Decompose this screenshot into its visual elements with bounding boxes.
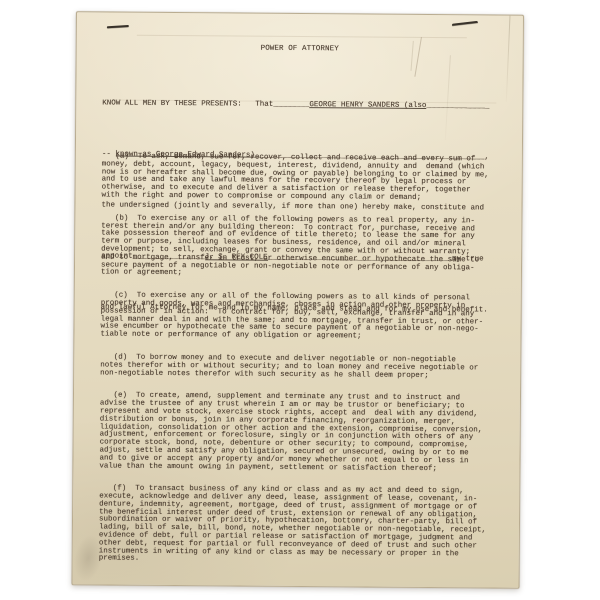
crease-mark — [506, 16, 511, 102]
intro-line-1: KNOW ALL MEN BY THESE PRESENTS: That____… — [102, 95, 497, 115]
document-title: POWER OF ATTORNEY — [77, 43, 523, 55]
staple-mark-left-icon — [107, 25, 129, 29]
paragraph-f: (f) To transact business of any kind or … — [99, 486, 500, 567]
crease-mark — [137, 35, 467, 39]
blank-underline: ________ — [273, 101, 309, 109]
powers-list: (a) To ask, demand, sue for, recover, co… — [99, 153, 502, 566]
paragraph-a: (a) To ask, demand, sue for, recover, co… — [102, 153, 502, 203]
paragraph-b: (b) To exercise any or all of the follow… — [101, 215, 501, 281]
staple-mark-right-icon — [452, 21, 478, 26]
principal-name: GEORGE HENRY SANDERS (also — [309, 101, 426, 110]
blank-underline: ______________ — [426, 102, 489, 110]
presents-label: KNOW ALL MEN BY THESE PRESENTS: That — [102, 99, 273, 108]
paragraph-e: (e) To create, amend, supplement and ter… — [99, 393, 500, 474]
scan-background: POWER OF ATTORNEY KNOW ALL MEN BY THESE … — [0, 0, 600, 600]
paragraph-d: (d) To borrow money and to execute and d… — [100, 354, 500, 381]
paragraph-c: (c) To exercise any or all of the follow… — [100, 293, 500, 343]
document-page: POWER OF ATTORNEY KNOW ALL MEN BY THESE … — [71, 11, 523, 589]
